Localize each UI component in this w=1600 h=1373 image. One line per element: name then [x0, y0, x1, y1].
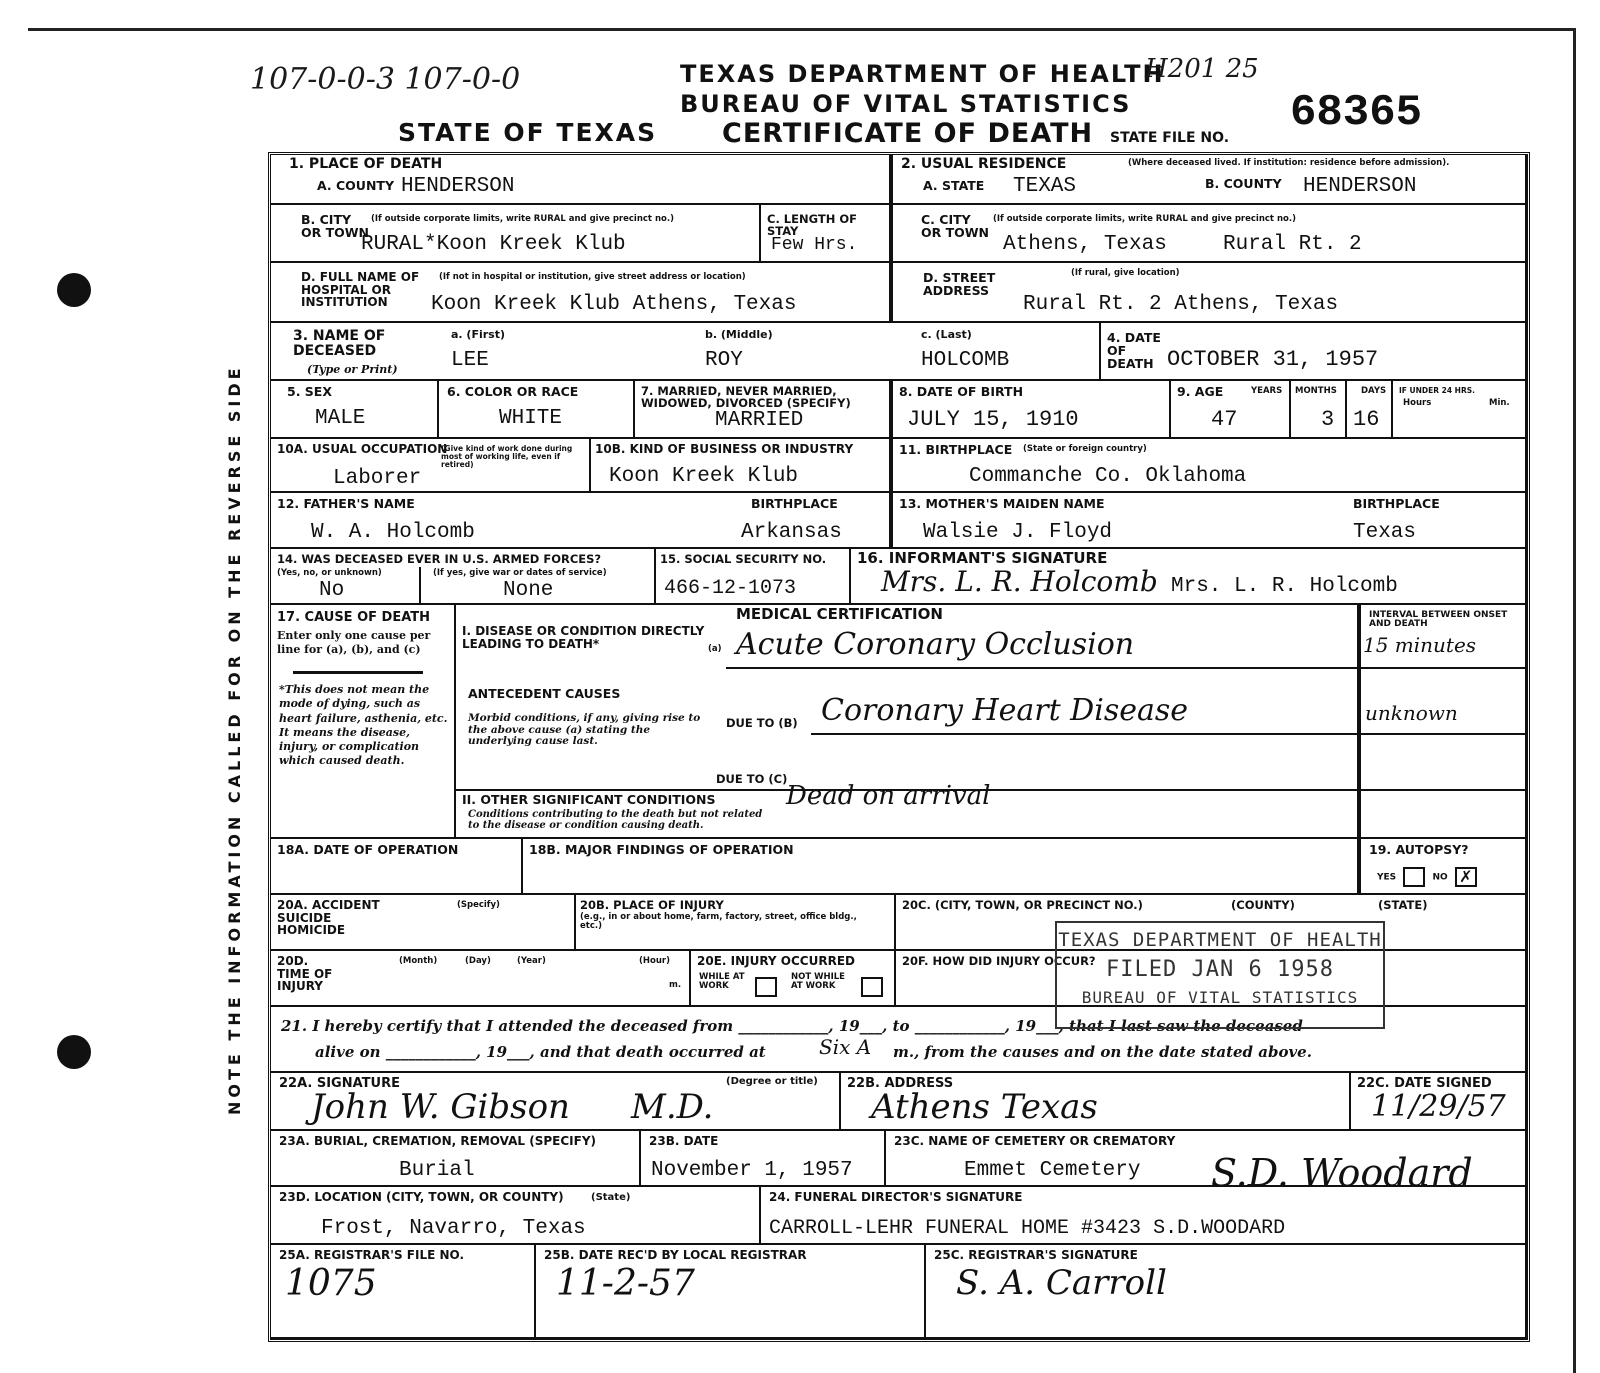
registrar-signature: 25c. REGISTRAR'S SIGNATURE S. A. Carroll [926, 1245, 1527, 1339]
age-under-24: IF UNDER 24 HRS. Hours Min. [1393, 381, 1527, 439]
residence-city-value: Athens, Texas [1003, 233, 1167, 256]
death-county-value: HENDERSON [401, 175, 514, 198]
physician-address-value: Athens Texas [871, 1087, 1098, 1127]
residence-city: c. CITY OR TOWN (If outside corporate li… [891, 205, 1527, 263]
handwritten-codes-left: 107-0-0-3 107-0-0 [250, 62, 520, 97]
date-of-death-value: OCTOBER 31, 1957 [1167, 347, 1378, 372]
father: 12. FATHER'S NAME BIRTHPLACE W. A. Holco… [271, 493, 891, 549]
marital-value: MARRIED [715, 409, 803, 432]
state-title: STATE OF TEXAS [398, 118, 657, 147]
handwritten-code-right: H201 25 [1145, 54, 1259, 84]
mother: 13. MOTHER'S MAIDEN NAME BIRTHPLACE Wals… [891, 493, 1527, 549]
date-of-birth: 8. DATE OF BIRTH JULY 15, 1910 [891, 381, 1171, 439]
first-name-value: LEE [451, 349, 489, 372]
date-received: 25b. DATE REC'D BY LOCAL REGISTRAR 11-2-… [536, 1245, 926, 1339]
punch-hole-bottom [57, 1035, 91, 1069]
last-name-value: HOLCOMB [921, 349, 1009, 372]
death-certificate-form: 1. PLACE OF DEATH a. COUNTY HENDERSON 2.… [268, 152, 1530, 1342]
burial-location: 23d. LOCATION (City, town, or county) (S… [271, 1187, 761, 1245]
cemetery-value: Emmet Cemetery [964, 1159, 1140, 1182]
autopsy-no-checkbox[interactable]: ✗ [1455, 867, 1477, 887]
armed-service-value: None [503, 579, 553, 602]
physician-address: 22b. ADDRESS Athens Texas [841, 1073, 1351, 1131]
occupation-value: Laborer [333, 467, 421, 490]
institution-name: d. FULL NAME OF HOSPITAL OR INSTITUTION … [271, 263, 891, 323]
physician-signature-value: John W. Gibson [311, 1087, 570, 1127]
age-months-value: 3 [1321, 407, 1334, 432]
side-note: NOTE THE INFORMATION CALLED FOR ON THE R… [225, 364, 244, 1115]
dept-line-1: TEXAS DEPARTMENT OF HEALTH [680, 60, 1165, 88]
time-of-death-value: Six A [819, 1035, 871, 1059]
business: 10b. KIND OF BUSINESS OR INDUSTRY Koon K… [591, 439, 891, 493]
residence-state-county: 2. USUAL RESIDENCE (Where deceased lived… [891, 155, 1527, 205]
punch-hole-top [57, 273, 91, 307]
state-file-number: 68365 [1290, 88, 1422, 138]
interval-onset-death: INTERVAL BETWEEN ONSET AND DEATH 15 minu… [1359, 605, 1527, 839]
not-while-at-work-checkbox[interactable] [861, 977, 883, 997]
registrar-file-value: 1075 [285, 1263, 377, 1304]
social-security: 15. SOCIAL SECURITY NO. 466-12-1073 [656, 549, 851, 605]
funeral-home-value: CARROLL-LEHR FUNERAL HOME #3423 S.D.WOOD… [769, 1217, 1285, 1240]
father-value: W. A. Holcomb [311, 521, 475, 544]
deceased-name: 3. NAME OF DECEASED (Type or Print) a. (… [271, 323, 1101, 381]
date-of-death: 4. DATE OF DEATH OCTOBER 31, 1957 [1101, 323, 1527, 381]
race: 6. COLOR OR RACE WHITE [439, 381, 635, 439]
time-of-injury: 20d. TIME OF INJURY (Month) (Day) (Year)… [271, 951, 691, 1007]
registrar-signature-value: S. A. Carroll [956, 1263, 1167, 1303]
interval-b-value: unknown [1365, 701, 1458, 725]
father-birthplace-value: Arkansas [741, 521, 842, 544]
occupation: 10a. USUAL OCCUPATION (Give kind of work… [271, 439, 591, 493]
marital-status: 7. MARRIED, NEVER MARRIED, WIDOWED, DIVO… [635, 381, 891, 439]
operation-findings: 18b. MAJOR FINDINGS OF OPERATION [523, 839, 1359, 895]
residence-state-value: TEXAS [1013, 175, 1076, 198]
institution-value: Koon Kreek Klub Athens, Texas [431, 293, 796, 316]
cause-b-value: Coronary Heart Disease [821, 693, 1188, 728]
physician-signature: 22a. SIGNATURE (Degree or title) John W.… [271, 1073, 841, 1131]
death-city-value: RURAL*Koon Kreek Klub [361, 233, 626, 256]
mother-value: Walsie J. Floyd [923, 521, 1112, 544]
middle-name-value: ROY [705, 349, 743, 372]
funeral-director-signature: S.D. Woodard [1211, 1151, 1473, 1195]
residence-street-value: Rural Rt. 2 Athens, Texas [1023, 293, 1338, 316]
sex: 5. SEX MALE [271, 381, 439, 439]
dob-value: JULY 15, 1910 [907, 407, 1079, 432]
sex-value: MALE [315, 407, 365, 430]
burial-date-value: November 1, 1957 [651, 1159, 853, 1182]
cause-of-death-instructions: 17. CAUSE OF DEATH Enter only one cause … [271, 605, 456, 839]
burial-value: Burial [399, 1159, 475, 1182]
medical-certification: MEDICAL CERTIFICATION I. DISEASE OR COND… [456, 605, 1359, 839]
informant-signature: Mrs. L. R. Holcomb [881, 565, 1158, 598]
burial-type: 23a. BURIAL, CREMATION, REMOVAL (Specify… [271, 1131, 641, 1187]
date-signed-value: 11/29/57 [1371, 1089, 1506, 1124]
burial-date: 23b. DATE November 1, 1957 [641, 1131, 886, 1187]
while-at-work-checkbox[interactable] [755, 977, 777, 997]
date-received-value: 11-2-57 [556, 1263, 695, 1304]
place-of-death-county: 1. PLACE OF DEATH a. COUNTY HENDERSON [271, 155, 891, 205]
residence-county-value: HENDERSON [1303, 175, 1416, 198]
age-years: 9. AGE YEARS 47 [1171, 381, 1291, 439]
autopsy-yes-checkbox[interactable] [1403, 867, 1425, 887]
residence-street: d. STREET ADDRESS (If rural, give locati… [891, 263, 1527, 323]
business-value: Koon Kreek Klub [609, 465, 798, 488]
state-file-label: STATE FILE NO. [1110, 130, 1229, 146]
birthplace: 11. BIRTHPLACE (State or foreign country… [891, 439, 1527, 493]
informant-typed: Mrs. L. R. Holcomb [1171, 575, 1398, 598]
interval-a-value: 15 minutes [1363, 633, 1476, 657]
operation-date: 18a. DATE OF OPERATION [271, 839, 523, 895]
dept-line-2: BUREAU OF VITAL STATISTICS [680, 90, 1131, 118]
mother-birthplace-value: Texas [1353, 521, 1416, 544]
residence-city-extra: Rural Rt. 2 [1223, 233, 1362, 256]
place-of-injury: 20b. PLACE OF INJURY (e.g., in or about … [576, 895, 896, 951]
burial-location-value: Frost, Navarro, Texas [321, 1217, 586, 1240]
date-signed: 22c. DATE SIGNED 11/29/57 [1351, 1073, 1527, 1131]
injury-occurred: 20e. INJURY OCCURRED WHILE AT WORK NOT W… [691, 951, 896, 1007]
age-days-value: 16 [1353, 407, 1379, 432]
birthplace-value: Commanche Co. Oklahoma [969, 465, 1246, 488]
filing-stamp: TEXAS DEPARTMENT OF HEALTH FILED JAN 6 1… [1055, 921, 1385, 1029]
ssn-value: 466-12-1073 [664, 577, 796, 600]
length-of-stay: c. LENGTH OF STAY Few Hrs. [761, 205, 891, 263]
funeral-director: 24. FUNERAL DIRECTOR'S SIGNATURE S.D. Wo… [761, 1187, 1527, 1245]
certificate-title: CERTIFICATE OF DEATH [722, 118, 1093, 149]
autopsy: 19. AUTOPSY? YES NO ✗ [1359, 839, 1527, 895]
armed-value: No [319, 579, 344, 602]
degree-value: M.D. [631, 1087, 713, 1127]
stay-value: Few Hrs. [771, 235, 857, 255]
age-months: MONTHS 3 [1291, 381, 1347, 439]
race-value: WHITE [499, 407, 562, 430]
other-conditions-value: Dead on arrival [786, 781, 990, 811]
registrar-file-no: 25a. REGISTRAR'S FILE NO. 1075 [271, 1245, 536, 1339]
age-days: DAYS 16 [1347, 381, 1393, 439]
place-of-death-city: b. CITY OR TOWN (If outside corporate li… [271, 205, 761, 263]
cause-a-value: Acute Coronary Occlusion [736, 627, 1134, 662]
armed-forces: 14. WAS DECEASED EVER IN U.S. ARMED FORC… [271, 549, 656, 605]
informant: 16. INFORMANT'S SIGNATURE Mrs. L. R. Hol… [851, 549, 1527, 605]
age-years-value: 47 [1211, 407, 1237, 432]
injury-type: 20a. ACCIDENT SUICIDE HOMICIDE (Specify) [271, 895, 576, 951]
